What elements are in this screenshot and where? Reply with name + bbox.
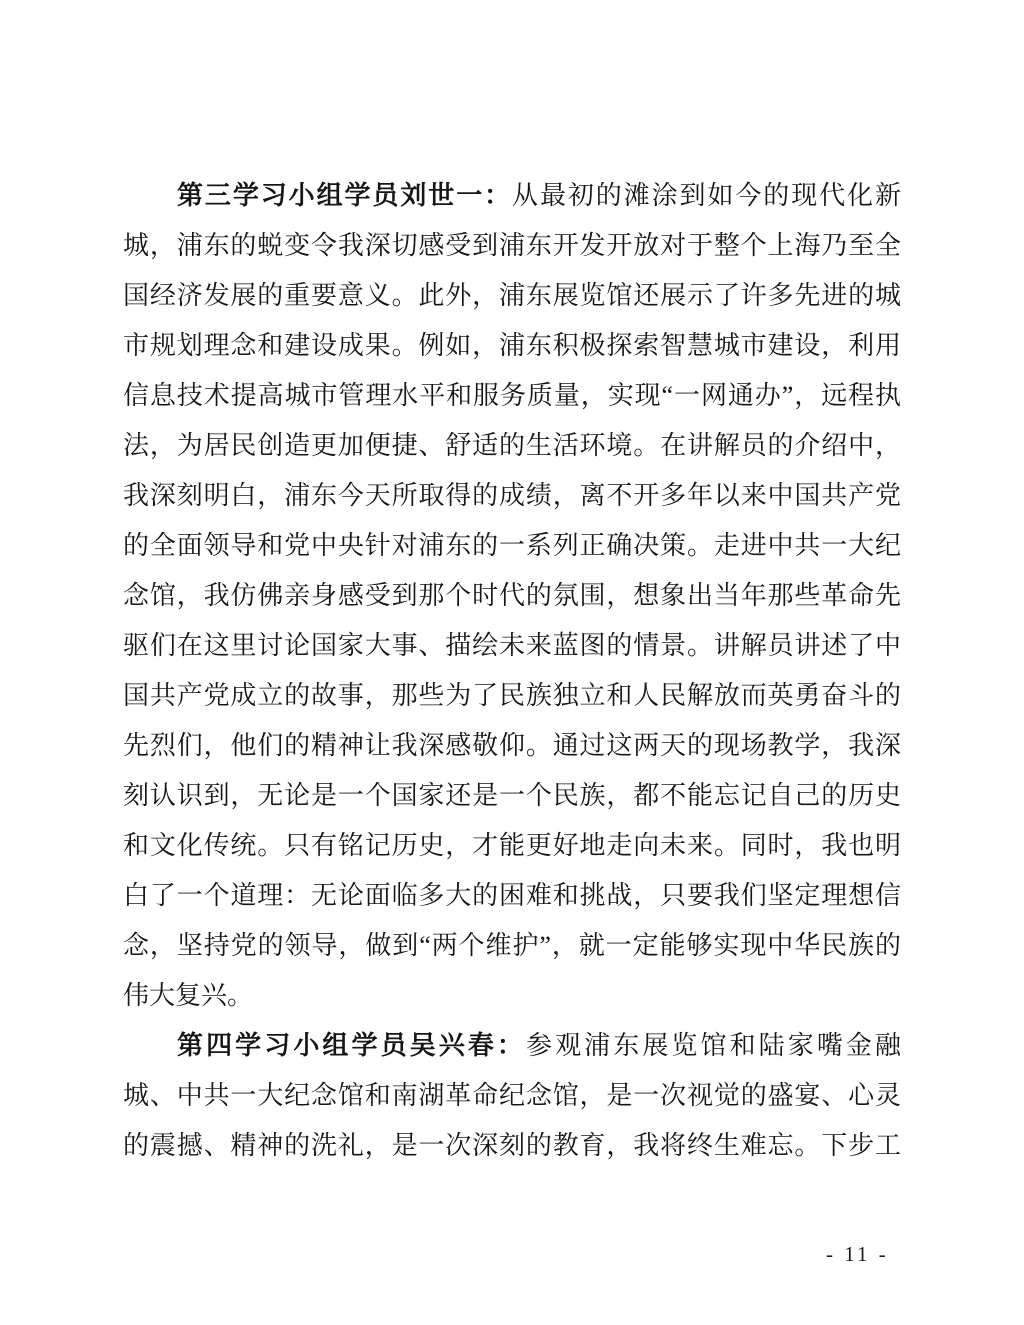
text-line: 和文化传统。只有铭记历史，才能更好地走向未来。同时，我也明 <box>123 821 901 871</box>
text-line: 白了一个道理：无论面临多大的困难和挑战，只要我们坚定理想信 <box>123 871 901 921</box>
text-line: 信息技术提高城市管理水平和服务质量，实现“一网通办”，远程执 <box>123 371 901 421</box>
text-line: 驱们在这里讨论国家大事、描绘未来蓝图的情景。讲解员讲述了中 <box>123 621 901 671</box>
line-text: 信息技术提高城市管理水平和服务质量，实现“一网通办”，远程执 <box>123 381 901 410</box>
speaker-heading: 第四学习小组学员吴兴春： <box>177 1031 526 1060</box>
document-page: 第三学习小组学员刘世一：从最初的滩涂到如今的现代化新 城，浦东的蜕变令我深切感受… <box>0 0 1024 1325</box>
speaker-heading: 第三学习小组学员刘世一： <box>177 181 512 210</box>
line-text: 城，浦东的蜕变令我深切感受到浦东开发开放对于整个上海乃至全 <box>123 231 901 260</box>
text-line: 法，为居民创造更加便捷、舒适的生活环境。在讲解员的介绍中， <box>123 421 901 471</box>
text-line: 念，坚持党的领导，做到“两个维护”，就一定能够实现中华民族的 <box>123 921 901 971</box>
line-text: 的全面领导和党中央针对浦东的一系列正确决策。走进中共一大纪 <box>123 531 901 560</box>
text-line: 国经济发展的重要意义。此外，浦东展览馆还展示了许多先进的城 <box>123 271 901 321</box>
text-line: 市规划理念和建设成果。例如，浦东积极探索智慧城市建设，利用 <box>123 321 901 371</box>
line-text: 伟大复兴。 <box>123 981 253 1010</box>
text-line: 的全面领导和党中央针对浦东的一系列正确决策。走进中共一大纪 <box>123 521 901 571</box>
text-line: 城，浦东的蜕变令我深切感受到浦东开发开放对于整个上海乃至全 <box>123 221 901 271</box>
line-text: 驱们在这里讨论国家大事、描绘未来蓝图的情景。讲解员讲述了中 <box>123 631 901 660</box>
text-line: 第三学习小组学员刘世一：从最初的滩涂到如今的现代化新 <box>123 171 901 221</box>
line-text: 法，为居民创造更加便捷、舒适的生活环境。在讲解员的介绍中， <box>123 431 901 460</box>
text-line: 第四学习小组学员吴兴春：参观浦东展览馆和陆家嘴金融 <box>123 1021 901 1071</box>
text-line: 伟大复兴。 <box>123 971 901 1021</box>
line-text: 从最初的滩涂到如今的现代化新 <box>512 181 901 210</box>
page-number: - 11 - <box>826 1242 889 1267</box>
line-text: 国经济发展的重要意义。此外，浦东展览馆还展示了许多先进的城 <box>123 281 901 310</box>
text-line: 我深刻明白，浦东今天所取得的成绩，离不开多年以来中国共产党 <box>123 471 901 521</box>
line-text: 念馆，我仿佛亲身感受到那个时代的氛围，想象出当年那些革命先 <box>123 581 901 610</box>
line-text: 和文化传统。只有铭记历史，才能更好地走向未来。同时，我也明 <box>123 831 901 860</box>
text-block: 第三学习小组学员刘世一：从最初的滩涂到如今的现代化新 城，浦东的蜕变令我深切感受… <box>123 171 901 1171</box>
text-line: 城、中共一大纪念馆和南湖革命纪念馆，是一次视觉的盛宴、心灵 <box>123 1071 901 1121</box>
line-text: 白了一个道理：无论面临多大的困难和挑战，只要我们坚定理想信 <box>123 881 901 910</box>
line-text: 我深刻明白，浦东今天所取得的成绩，离不开多年以来中国共产党 <box>123 481 901 510</box>
text-line: 国共产党成立的故事，那些为了民族独立和人民解放而英勇奋斗的 <box>123 671 901 721</box>
text-line: 的震撼、精神的洗礼，是一次深刻的教育，我将终生难忘。下步工 <box>123 1121 901 1171</box>
line-text: 的震撼、精神的洗礼，是一次深刻的教育，我将终生难忘。下步工 <box>123 1131 901 1160</box>
line-text: 市规划理念和建设成果。例如，浦东积极探索智慧城市建设，利用 <box>123 331 901 360</box>
line-text: 先烈们，他们的精神让我深感敬仰。通过这两天的现场教学，我深 <box>123 731 901 760</box>
text-line: 刻认识到，无论是一个国家还是一个民族，都不能忘记自己的历史 <box>123 771 901 821</box>
line-text: 参观浦东展览馆和陆家嘴金融 <box>526 1031 901 1060</box>
line-text: 刻认识到，无论是一个国家还是一个民族，都不能忘记自己的历史 <box>123 781 901 810</box>
line-text: 国共产党成立的故事，那些为了民族独立和人民解放而英勇奋斗的 <box>123 681 901 710</box>
line-text: 城、中共一大纪念馆和南湖革命纪念馆，是一次视觉的盛宴、心灵 <box>123 1081 901 1110</box>
text-line: 念馆，我仿佛亲身感受到那个时代的氛围，想象出当年那些革命先 <box>123 571 901 621</box>
text-line: 先烈们，他们的精神让我深感敬仰。通过这两天的现场教学，我深 <box>123 721 901 771</box>
line-text: 念，坚持党的领导，做到“两个维护”，就一定能够实现中华民族的 <box>123 931 901 960</box>
